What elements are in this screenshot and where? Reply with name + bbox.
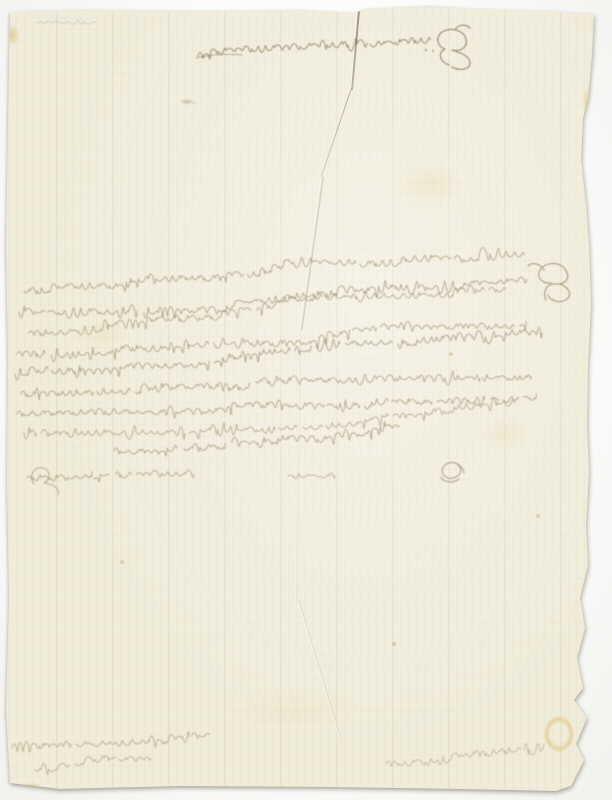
fold-crease-segment	[321, 88, 352, 177]
fold-crease-segment	[295, 330, 301, 602]
stain	[480, 415, 528, 451]
stain	[582, 86, 594, 116]
fold-crease-segment	[297, 599, 342, 741]
stain	[4, 24, 20, 46]
fold-crease-segment	[351, 10, 359, 90]
foxing-dot	[392, 642, 396, 646]
stain	[395, 160, 465, 208]
foxing-dot	[449, 352, 453, 356]
stain	[180, 98, 194, 105]
fold-crease-segment	[299, 176, 324, 331]
stain	[230, 690, 360, 730]
foxing-dot	[120, 560, 124, 564]
stain	[22, 782, 42, 792]
foxing-dot	[536, 514, 540, 518]
stain	[544, 716, 574, 752]
paper-sheet-wrapper	[0, 0, 612, 800]
scanner-bed	[0, 0, 612, 800]
manuscript-page	[0, 0, 612, 800]
stain	[75, 318, 130, 350]
